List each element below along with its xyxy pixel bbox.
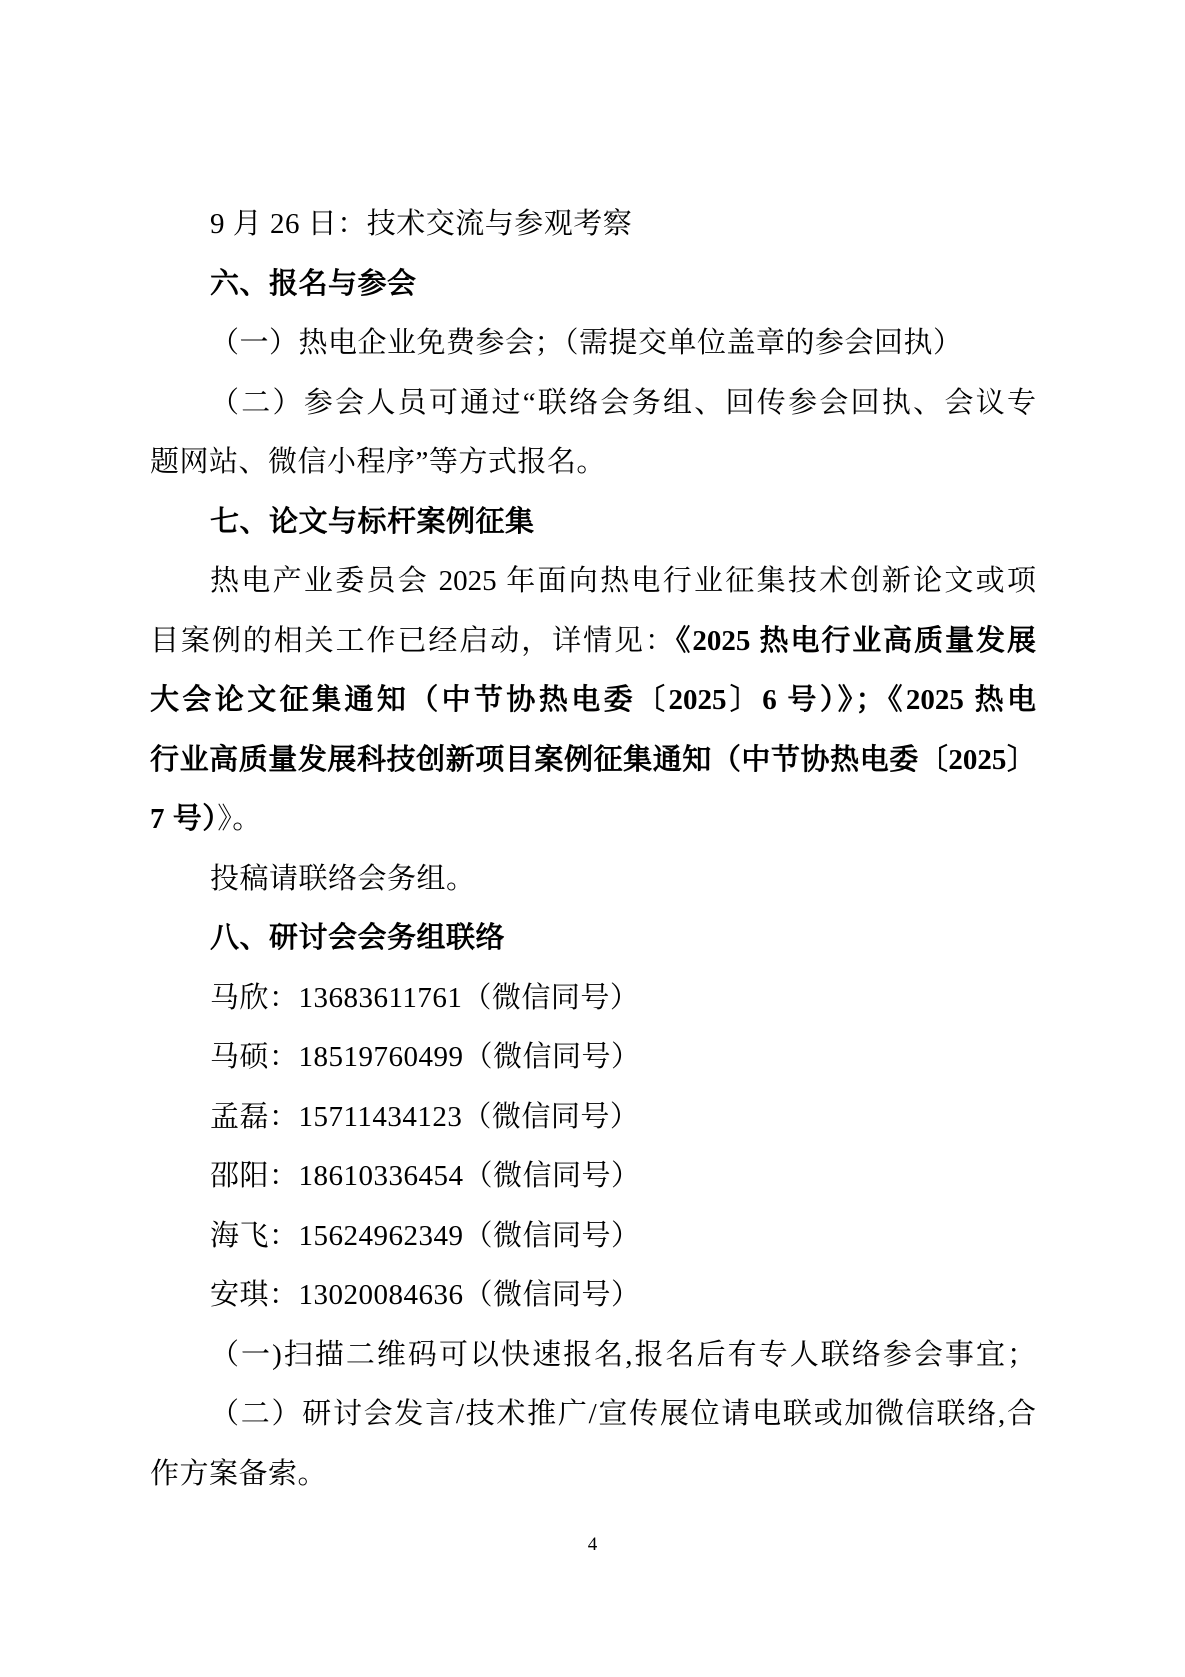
line-7-para-a: 热电产业委员会 2025 年面向热电行业征集技术创新论文或项	[150, 552, 1036, 612]
line-7-para-d-text: 行业高质量发展科技创新项目案例征集通知（中节协热电委〔2025〕	[150, 744, 1036, 776]
contact-ma-shuo: 马硕：18519760499（微信同号）	[150, 1028, 1036, 1088]
heading-section-6-text: 六、报名与参会	[210, 268, 417, 300]
line-7-para-a-text: 热电产业委员会 2025 年面向热电行业征集技术创新论文或项	[210, 565, 1036, 597]
page-number: 4	[0, 1534, 1185, 1556]
line-7-para-e-text: 》。	[217, 803, 262, 835]
line-7-para-d: 行业高质量发展科技创新项目案例征集通知（中节协热电委〔2025〕	[150, 731, 1036, 791]
line-schedule-sep26: 9 月 26 日：技术交流与参观考察	[150, 195, 1036, 255]
contact-meng-lei: 孟磊：15711434123（微信同号）	[150, 1088, 1036, 1148]
contact-ma-shuo-text: 马硕：18519760499（微信同号）	[210, 1041, 641, 1073]
line-schedule-sep26-text: 9 月 26 日：技术交流与参观考察	[210, 208, 632, 240]
line-7-submit-text: 投稿请联络会务组。	[210, 863, 476, 895]
line-7-para-b-text: 《2025 热电行业高质量发展	[676, 625, 1036, 657]
contact-shao-yang-text: 邵阳：18610336454（微信同号）	[210, 1160, 641, 1192]
heading-section-8-text: 八、研讨会会务组联络	[210, 922, 505, 954]
contact-ma-xin: 马欣：13683611761（微信同号）	[150, 969, 1036, 1029]
line-note-2a: （二）研讨会发言/技术推广/宣传展位请电联或加微信联络,合	[150, 1385, 1036, 1445]
contact-hai-fei: 海飞：15624962349（微信同号）	[150, 1207, 1036, 1267]
contact-shao-yang: 邵阳：18610336454（微信同号）	[150, 1147, 1036, 1207]
line-7-para-b-text: 目案例的相关工作已经启动，详情见：	[150, 625, 676, 657]
heading-section-7: 七、论文与标杆案例征集	[150, 493, 1036, 553]
contact-an-qi: 安琪：13020084636（微信同号）	[150, 1266, 1036, 1326]
line-note-2a-text: （二）研讨会发言/技术推广/宣传展位请电联或加微信联络,合	[210, 1398, 1036, 1430]
contact-meng-lei-text: 孟磊：15711434123（微信同号）	[210, 1101, 639, 1133]
line-6-item-2b: 题网站、微信小程序”等方式报名。	[150, 433, 1036, 493]
line-6-item-2a-text: （二）参会人员可通过“联络会务组、回传参会回执、会议专	[210, 387, 1036, 419]
line-6-item-2b-text: 题网站、微信小程序”等方式报名。	[150, 446, 606, 478]
line-note-2b: 作方案备索。	[150, 1445, 1036, 1505]
line-7-para-e: 7 号）》。	[150, 790, 1036, 850]
line-7-para-b: 目案例的相关工作已经启动，详情见：《2025 热电行业高质量发展	[150, 612, 1036, 672]
document-page: 9 月 26 日：技术交流与参观考察六、报名与参会（一）热电企业免费参会；（需提…	[0, 0, 1185, 1677]
line-note-1: （一)扫描二维码可以快速报名,报名后有专人联络参会事宜；	[150, 1326, 1036, 1386]
heading-section-6: 六、报名与参会	[150, 255, 1036, 315]
heading-section-8: 八、研讨会会务组联络	[150, 909, 1036, 969]
contact-hai-fei-text: 海飞：15624962349（微信同号）	[210, 1220, 641, 1252]
document-body: 9 月 26 日：技术交流与参观考察六、报名与参会（一）热电企业免费参会；（需提…	[150, 195, 1036, 1504]
line-6-item-1: （一）热电企业免费参会；（需提交单位盖章的参会回执）	[150, 314, 1036, 374]
line-note-1-text: （一)扫描二维码可以快速报名,报名后有专人联络参会事宜；	[210, 1339, 1036, 1371]
line-7-para-e-text: 7 号）	[150, 803, 217, 835]
line-note-2b-text: 作方案备索。	[150, 1458, 327, 1490]
contact-an-qi-text: 安琪：13020084636（微信同号）	[210, 1279, 641, 1311]
contact-ma-xin-text: 马欣：13683611761（微信同号）	[210, 982, 639, 1014]
line-7-para-c-text: 大会论文征集通知（中节协热电委〔2025〕6 号）》；《2025 热电	[150, 684, 1036, 716]
line-7-para-c: 大会论文征集通知（中节协热电委〔2025〕6 号）》；《2025 热电	[150, 671, 1036, 731]
line-7-submit: 投稿请联络会务组。	[150, 850, 1036, 910]
heading-section-7-text: 七、论文与标杆案例征集	[210, 506, 535, 538]
line-6-item-1-text: （一）热电企业免费参会；（需提交单位盖章的参会回执）	[210, 327, 963, 359]
line-6-item-2a: （二）参会人员可通过“联络会务组、回传参会回执、会议专	[150, 374, 1036, 434]
